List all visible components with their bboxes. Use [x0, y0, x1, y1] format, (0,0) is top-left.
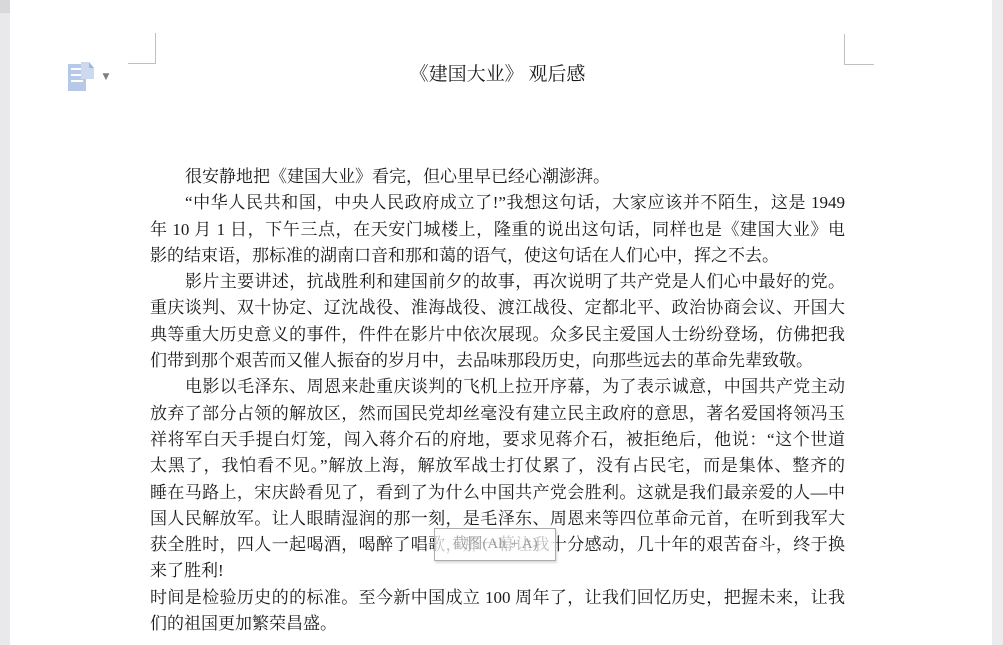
text-line: 们带到那个艰苦而又催人振奋的岁月中，去品味那段历史，向那些远去的革命先辈致敬。 — [150, 348, 845, 374]
text-line: 睡在马路上，宋庆龄看见了，看到了为什么中国共产党会胜利。这就是我们最亲爱的人—中 — [150, 480, 845, 506]
text-line: 祥将军白天手提白灯笼，闯入蒋介石的府地，要求见蒋介石，被拒绝后，他说：“这个世道 — [150, 427, 845, 453]
chevron-down-icon[interactable]: ▼ — [99, 70, 113, 84]
screenshot-hint-tooltip: 截图(Alt + A) — [434, 528, 556, 561]
page-fold-corner — [89, 62, 94, 68]
text-line: 重庆谈判、双十协定、辽沈战役、淮海战役、渡江战役、定都北平、政治协商会议、开国大 — [150, 295, 845, 321]
text-boundary-mark-top-right — [844, 34, 845, 65]
text-line: 们的祖国更加繁荣昌盛。 — [150, 611, 845, 637]
text-line: “中华人民共和国，中央人民政府成立了!”我想这句话，大家应该并不陌生，这是 19… — [150, 190, 845, 216]
window-right-edge — [992, 0, 1003, 645]
window-left-edge — [0, 0, 10, 645]
text-line: 放弃了部分占领的解放区，然而国民党却丝毫没有建立民主政府的意思，著名爱国将领冯玉 — [150, 401, 845, 427]
text-boundary-mark-top-right — [844, 64, 874, 65]
paste-options-icon — [68, 62, 94, 93]
text-boundary-mark-top-left — [155, 33, 156, 64]
paste-options-button[interactable]: ▼ — [66, 59, 116, 97]
window-left-edge-top — [0, 0, 10, 13]
document-body: 很安静地把《建国大业》看完，但心里早已经心潮澎湃。“中华人民共和国，中央人民政府… — [150, 164, 845, 637]
text-line: 时间是检验历史的的标准。至今新中国成立 100 周年了，让我们回忆历史，把握未来… — [150, 585, 845, 611]
text-line: 太黑了，我怕看不见。”解放上海，解放军战士打仗累了，没有占民宅，而是集体、整齐的 — [150, 453, 845, 479]
text-line: 影片主要讲述，抗战胜利和建国前夕的故事，再次说明了共产党是人们心中最好的党。 — [150, 269, 845, 295]
pasted-page-icon — [81, 62, 94, 79]
text-line: 典等重大历史意义的事件，件件在影片中依次展现。众多民主爱国人士纷纷登场，仿佛把我 — [150, 322, 845, 348]
text-line: 很安静地把《建国大业》看完，但心里早已经心潮澎湃。 — [150, 164, 845, 190]
text-line: 影的结束语，那标准的湖南口音和那和蔼的语气，使这句话在人们心中，挥之不去。 — [150, 243, 845, 269]
text-line: 来了胜利! — [150, 558, 845, 584]
document-title: 《建国大业》 观后感 — [150, 63, 845, 86]
word-document-window: ▼ 《建国大业》 观后感 很安静地把《建国大业》看完，但心里早已经心潮澎湃。“中… — [0, 0, 1003, 645]
text-line: 年 10 月 1 日，下午三点，在天安门城楼上，隆重的说出这句话，同样也是《建国… — [150, 217, 845, 243]
text-line: 电影以毛泽东、周恩来赴重庆谈判的飞机上拉开序幕，为了表示诚意，中国共产党主动 — [150, 374, 845, 400]
